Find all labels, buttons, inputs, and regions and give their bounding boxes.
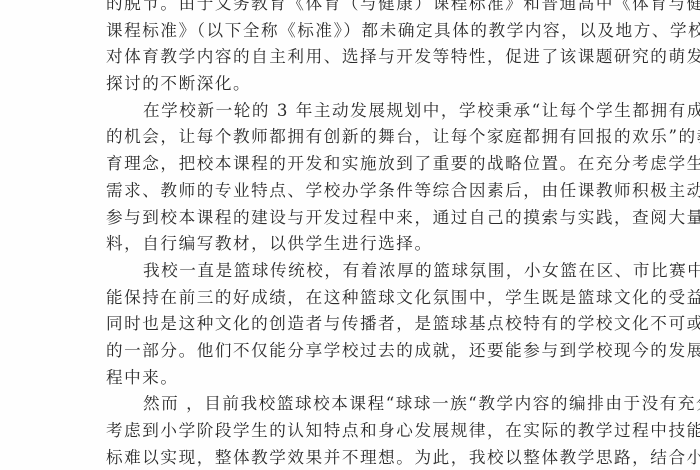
text-line: 然而 ，目前我校篮球校本课程“球球一族“教学内容的编排由于没有充分 bbox=[106, 391, 588, 418]
text-line: 参与到校本课程的建设与开发过程中来，通过自己的摸索与实践，查阅大量资 bbox=[106, 205, 588, 232]
paragraph-3: 我校一直是篮球传统校，有着浓厚的篮球氛围，小女篮在区、市比赛中都 能保持在前三的… bbox=[106, 258, 588, 391]
text-line: 能保持在前三的好成绩，在这种篮球文化氛围中，学生既是篮球文化的受益者， bbox=[106, 285, 588, 312]
text-line: 考虑到小学阶段学生的认知特点和身心发展规律，在实际的教学过程中技能目 bbox=[106, 418, 588, 445]
text-line: 探讨的不断深化。 bbox=[106, 71, 588, 98]
text-line: 的一部分。他们不仅能分享学校过去的成就，还要能参与到学校现今的发展过 bbox=[106, 338, 588, 365]
text-line: 的机会，让每个教师都拥有创新的舞台，让每个家庭都拥有回报的欢乐”的教 bbox=[106, 124, 588, 151]
text-line: 在学校新一轮的 3 年主动发展规划中，学校秉承“让每个学生都拥有成功 bbox=[106, 98, 588, 125]
text-line: 需求、教师的专业特点、学校办学条件等综合因素后，由任课教师积极主动地 bbox=[106, 178, 588, 205]
text-line: 课程标准》（以下全称《标准》）都未确定具体的教学内容，以及地方、学校 bbox=[106, 18, 588, 45]
document-page: 的脱节。由于义务教育《体育（与健康）课程标准》和普通高中《体育与健康 课程标准》… bbox=[0, 0, 700, 470]
text-line: 我校一直是篮球传统校，有着浓厚的篮球氛围，小女篮在区、市比赛中都 bbox=[106, 258, 588, 285]
text-line: 标难以实现，整体教学效果并不理想。为此，我校以整体教学思路，结合小学 bbox=[106, 445, 588, 470]
paragraph-1: 的脱节。由于义务教育《体育（与健康）课程标准》和普通高中《体育与健康 课程标准》… bbox=[106, 0, 588, 98]
paragraph-4: 然而 ，目前我校篮球校本课程“球球一族“教学内容的编排由于没有充分 考虑到小学阶… bbox=[106, 391, 588, 470]
text-line: 料，自行编写教材，以供学生进行选择。 bbox=[106, 231, 588, 258]
text-line: 的脱节。由于义务教育《体育（与健康）课程标准》和普通高中《体育与健康 bbox=[106, 0, 588, 18]
text-line: 程中来。 bbox=[106, 365, 588, 392]
text-line: 对体育教学内容的自主利用、选择与开发等特性，促进了该课题研究的萌发和 bbox=[106, 44, 588, 71]
text-line: 同时也是这种文化的创造者与传播者，是篮球基点校特有的学校文化不可或缺 bbox=[106, 311, 588, 338]
paragraph-2: 在学校新一轮的 3 年主动发展规划中，学校秉承“让每个学生都拥有成功 的机会，让… bbox=[106, 98, 588, 258]
text-line: 育理念，把校本课程的开发和实施放到了重要的战略位置。在充分考虑学生的 bbox=[106, 151, 588, 178]
document-body: 的脱节。由于义务教育《体育（与健康）课程标准》和普通高中《体育与健康 课程标准》… bbox=[106, 0, 588, 470]
